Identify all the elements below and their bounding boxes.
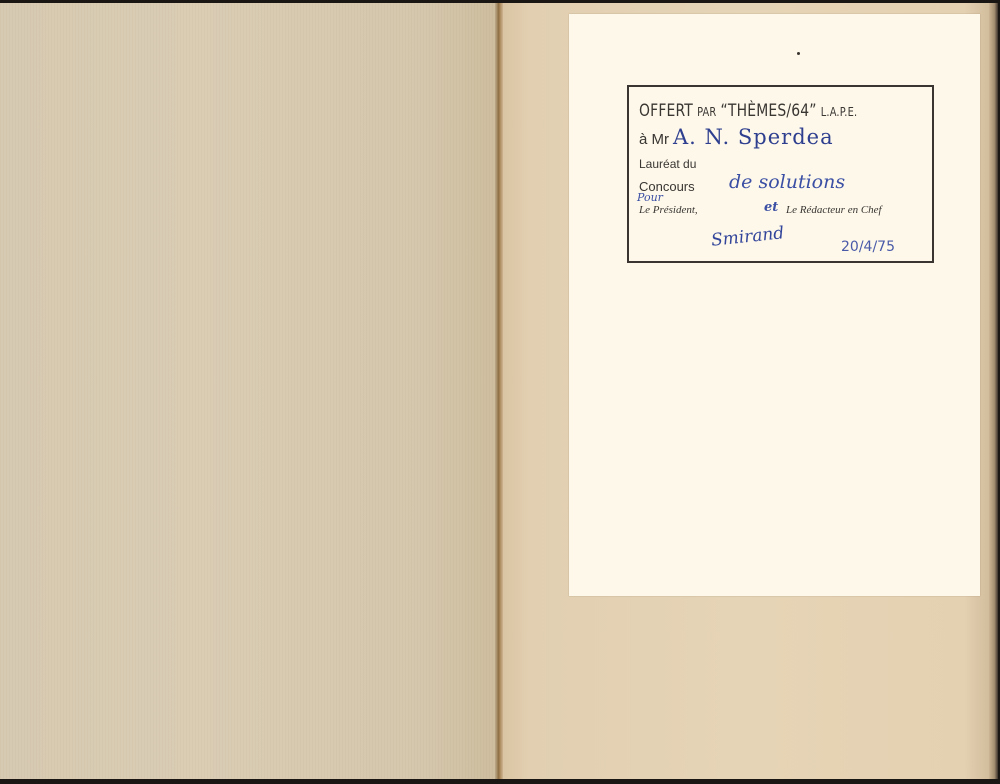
stamp-header-suffix: L.A.P.E. — [821, 105, 857, 119]
stamp-date: 20/4/75 — [841, 239, 895, 255]
book-gutter — [495, 3, 503, 779]
concours-value: de solutions — [729, 171, 845, 193]
ink-dot — [797, 52, 800, 55]
stamp-header-par: PAR — [697, 105, 716, 119]
redacteur-label: Le Rédacteur en Chef — [786, 204, 882, 216]
signature: Smirand — [710, 223, 785, 251]
dedication-stamp: OFFERT PAR “THÈMES/64” L.A.P.E. à Mr A. … — [627, 85, 934, 263]
president-label: Le Président, — [639, 204, 698, 216]
to-label: à Mr — [639, 131, 669, 148]
stamp-header-offert: OFFERT — [639, 101, 693, 121]
stamp-header: OFFERT PAR “THÈMES/64” L.A.P.E. — [639, 101, 857, 121]
page-edge — [989, 3, 998, 779]
stamp-header-org: “THÈMES/64” — [721, 101, 817, 121]
left-page — [0, 3, 499, 779]
recipient-name: A. N. Sperdea — [673, 125, 834, 149]
et-note: et — [764, 200, 778, 215]
pour-note: Pour — [637, 191, 663, 204]
laureat-label: Lauréat du — [639, 157, 696, 171]
